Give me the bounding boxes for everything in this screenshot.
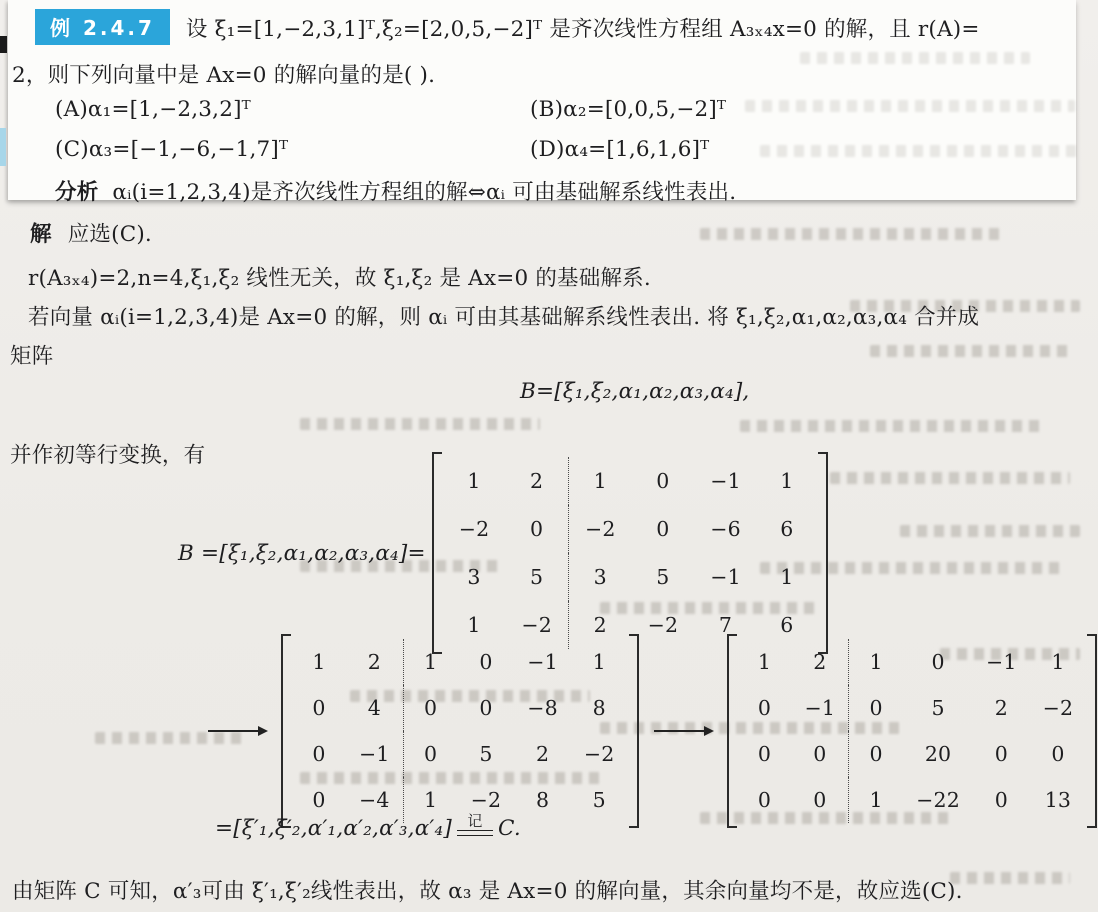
solution-line: 解 应选(C).	[30, 217, 152, 248]
analysis-label: 分析	[55, 175, 98, 206]
matrix-cell: 0	[849, 685, 904, 731]
matrix-cell: −8	[514, 685, 571, 731]
matrix-cell: 0	[792, 731, 849, 777]
matrix-cell: 0	[292, 731, 346, 777]
matrix-cell: 0	[903, 639, 973, 685]
matrix-cell: 2	[346, 639, 403, 685]
bleed-through-artifact	[745, 100, 1075, 112]
matrix-cell: 8	[571, 685, 628, 731]
matrix-cell: 8	[514, 777, 571, 823]
matrix-cell: 0	[738, 685, 792, 731]
matrix-cell: 1	[849, 777, 904, 823]
matrix-cell: 1	[738, 639, 792, 685]
option-d: (D)α₄=[1,6,1,6]ᵀ	[530, 137, 709, 162]
matrix-cell: 1	[292, 639, 346, 685]
problem-text-line1: 设 ξ₁=[1,−2,3,1]ᵀ,ξ₂=[2,0,5,−2]ᵀ 是齐次线性方程组…	[186, 12, 980, 43]
bleed-through-artifact	[760, 145, 1080, 157]
equation-c-result: C.	[498, 816, 521, 841]
matrix-cell: −2	[568, 505, 631, 553]
matrix-cell: 13	[1030, 777, 1087, 823]
equation-c-definition: =[ξ′₁,ξ′₂,α′₁,α′₂,α′₃,α′₄] 记 C.	[215, 816, 521, 841]
matrix-cell: 0	[292, 685, 346, 731]
matrix-cell: 5	[458, 731, 515, 777]
matrix-cell: 6	[757, 505, 817, 553]
matrix-cell: 0	[458, 639, 515, 685]
matrix-cell: 5	[571, 777, 628, 823]
right-arrow-icon	[208, 730, 266, 732]
matrix-cell: 5	[505, 553, 568, 601]
row-transform-statement: 并作初等行变换，有	[10, 438, 205, 469]
problem-statement-line1: 例 2.4.7 设 ξ₁=[1,−2,3,1]ᵀ,ξ₂=[2,0,5,−2]ᵀ …	[35, 9, 980, 45]
matrix-cell: −2	[443, 505, 506, 553]
matrix-cell: 5	[903, 685, 973, 731]
bleed-through-artifact	[740, 420, 1040, 432]
matrix-cell: −22	[903, 777, 973, 823]
matrix-cell: 0	[792, 777, 849, 823]
matrix-cell: 0	[403, 731, 458, 777]
matrix-cell: −6	[694, 505, 757, 553]
solution-choice: 应选(C).	[68, 217, 152, 248]
if-vector-statement: 若向量 αᵢ(i=1,2,3,4)是 Ax=0 的解，则 αᵢ 可由其基础解系线…	[28, 300, 979, 331]
matrix-cell: 0	[738, 777, 792, 823]
matrix-cell: 0	[849, 731, 904, 777]
double-line	[457, 830, 493, 836]
matrix-cell: 0	[505, 505, 568, 553]
equation-b-prefix: B =[ξ₁,ξ₂,α₁,α₂,α₃,α₄]=	[178, 541, 426, 566]
equation-row-reduction: 1210−110400−880−1052−20−41−285 1210−110−…	[208, 640, 1097, 822]
matrix-cell: 0	[458, 685, 515, 731]
matrix-cell: −2	[1030, 685, 1087, 731]
bleed-through-artifact	[300, 418, 540, 430]
matrix-cell: 3	[443, 553, 506, 601]
conclusion-statement: 由矩阵 C 可知，α′₃可由 ξ′₁,ξ′₂线性表出，故 α₃ 是 Ax=0 的…	[12, 874, 963, 905]
example-number-badge: 例 2.4.7	[35, 9, 170, 45]
option-c: (C)α₃=[−1,−6,−1,7]ᵀ	[55, 137, 288, 162]
bleed-through-artifact	[950, 872, 1070, 884]
matrix-cell: 1	[571, 639, 628, 685]
denote-equals-icon: 记	[457, 813, 493, 836]
scan-edge-mark-blue	[0, 128, 6, 166]
matrix-cell: 1	[849, 639, 904, 685]
matrix-cell: 1	[1030, 639, 1087, 685]
equation-c-prefix: =[ξ′₁,ξ′₂,α′₁,α′₂,α′₃,α′₄]	[215, 816, 452, 841]
denote-mark: 记	[467, 813, 482, 830]
matrix-cell: 1	[568, 457, 631, 505]
matrix-cell: 2	[514, 731, 571, 777]
option-a: (A)α₁=[1,−2,3,2]ᵀ	[55, 97, 251, 122]
problem-statement-line2: 2，则下列向量中是 Ax=0 的解向量的是( ).	[12, 58, 435, 89]
matrix-cell: 1	[757, 553, 817, 601]
right-arrow-icon	[654, 730, 712, 732]
matrix-cell: 2	[505, 457, 568, 505]
matrix-cell: −1	[973, 639, 1030, 685]
matrix-cell: 1	[443, 457, 506, 505]
equation-b-expanded: B =[ξ₁,ξ₂,α₁,α₂,α₃,α₄]= 1210−11−20−20−66…	[178, 460, 828, 646]
matrix-cell: 0	[632, 505, 695, 553]
matrix-cell: −1	[694, 457, 757, 505]
matrix-b-definition: B=[ξ₁,ξ₂,α₁,α₂,α₃,α₄],	[520, 379, 749, 404]
rank-statement: r(A₃ₓ₄)=2,n=4,ξ₁,ξ₂ 线性无关，故 ξ₁,ξ₂ 是 Ax=0 …	[28, 261, 651, 292]
matrix-step2: 1210−110400−880−1052−20−41−285	[281, 634, 639, 828]
bleed-through-artifact	[800, 52, 1030, 64]
matrix-step3: 1210−110−1052−20002000001−22013	[727, 634, 1098, 828]
matrix-cell: −2	[571, 731, 628, 777]
bleed-through-artifact	[870, 345, 1070, 357]
matrix-cell: 20	[903, 731, 973, 777]
matrix-cell: 4	[346, 685, 403, 731]
matrix-cell: −1	[346, 731, 403, 777]
matrix-word: 矩阵	[10, 339, 53, 370]
matrix-cell: 2	[792, 639, 849, 685]
bleed-through-artifact	[900, 525, 1080, 537]
matrix-cell: −1	[514, 639, 571, 685]
bleed-through-artifact	[700, 228, 1000, 240]
matrix-cell: 1	[757, 457, 817, 505]
matrix-cell: 1	[403, 639, 458, 685]
matrix-cell: −1	[792, 685, 849, 731]
matrix-cell: 2	[973, 685, 1030, 731]
scan-edge-mark-dark	[0, 36, 7, 53]
bleed-through-artifact	[830, 472, 1070, 484]
analysis-line: 分析 αᵢ(i=1,2,3,4)是齐次线性方程组的解⇔αᵢ 可由基础解系线性表出…	[55, 175, 736, 206]
matrix-cell: 0	[738, 731, 792, 777]
matrix-cell: 5	[632, 553, 695, 601]
analysis-text: αᵢ(i=1,2,3,4)是齐次线性方程组的解⇔αᵢ 可由基础解系线性表出.	[112, 175, 736, 206]
matrix-cell: 0	[1030, 731, 1087, 777]
matrix-cell: 3	[568, 553, 631, 601]
option-b: (B)α₂=[0,0,5,−2]ᵀ	[530, 97, 726, 122]
matrix-b1: 1210−11−20−20−663535−111−22−276	[432, 452, 828, 654]
solution-label: 解	[30, 217, 52, 248]
matrix-cell: 0	[973, 731, 1030, 777]
matrix-cell: 0	[632, 457, 695, 505]
textbook-page: 例 2.4.7 设 ξ₁=[1,−2,3,1]ᵀ,ξ₂=[2,0,5,−2]ᵀ …	[0, 0, 1098, 912]
matrix-cell: 0	[973, 777, 1030, 823]
matrix-cell: 0	[403, 685, 458, 731]
matrix-cell: −1	[694, 553, 757, 601]
